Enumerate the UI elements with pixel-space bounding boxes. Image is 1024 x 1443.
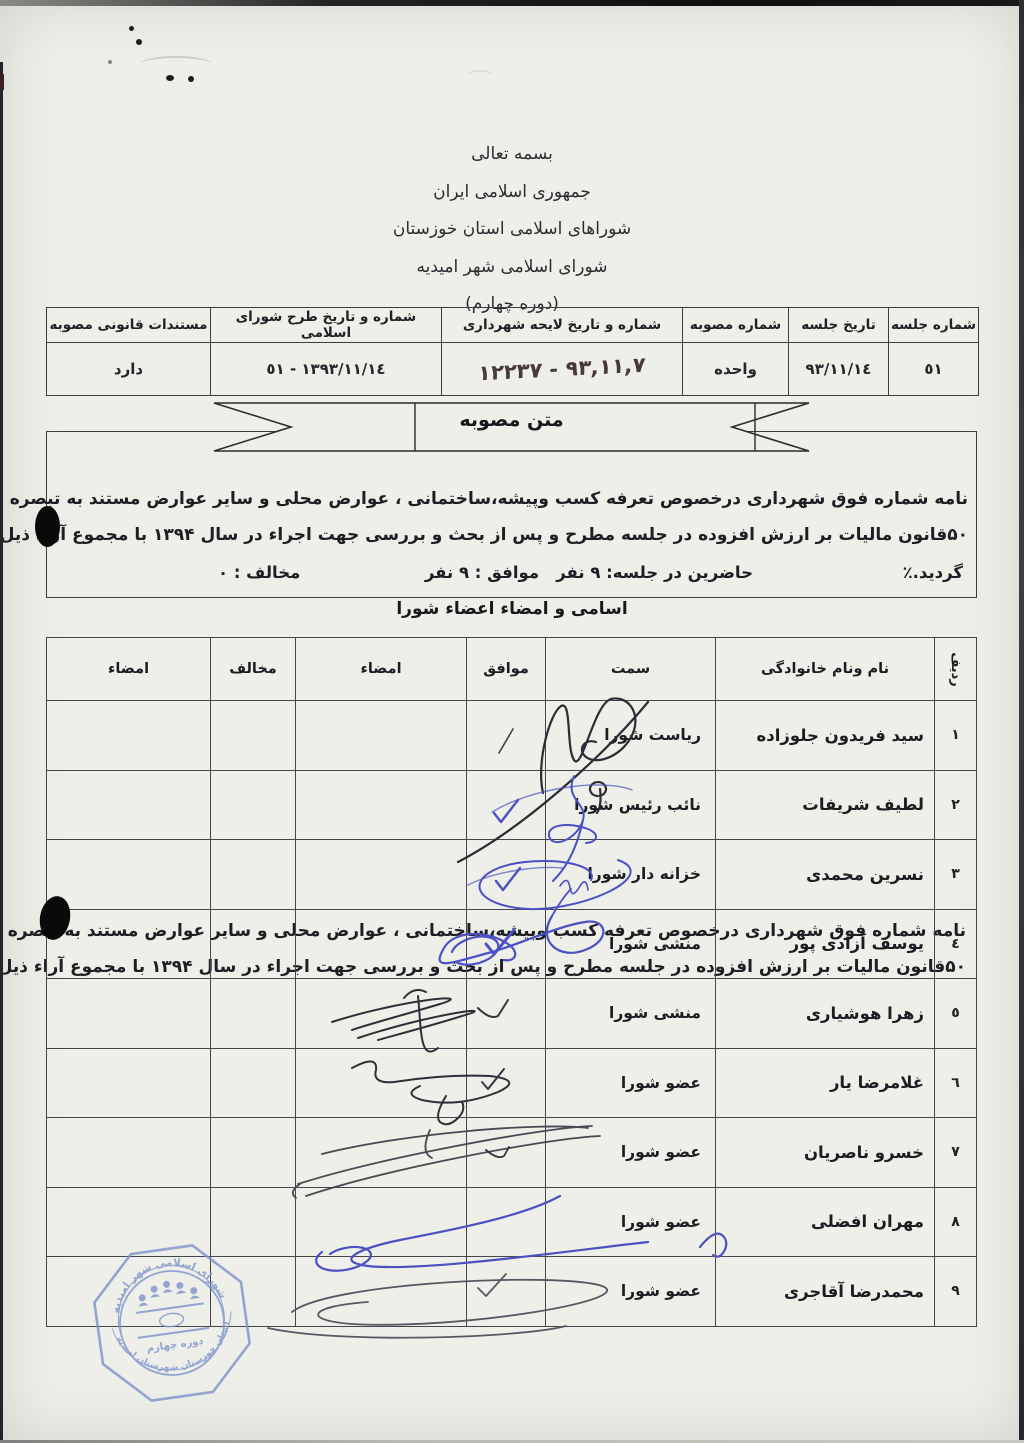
- scan-edge-top: [0, 0, 1024, 6]
- oppose-cell: [211, 1118, 296, 1188]
- member-row-6: ٦ غلامرضا یار عضو شورا: [47, 1048, 977, 1118]
- ink-speck: [166, 75, 174, 81]
- signature2-cell: [47, 770, 211, 840]
- signature-cell: [296, 1118, 467, 1188]
- value-session-no: ٥١: [889, 343, 979, 396]
- agree-cell: [467, 979, 546, 1049]
- header-resolution-no: شماره مصوبه: [683, 308, 789, 343]
- bismillah-line: بسمه تعالی: [0, 136, 1024, 174]
- member-name: زهرا هوشیاری: [716, 979, 935, 1049]
- stamp-emblem: [159, 1312, 185, 1328]
- header-signature-2: امضاء: [47, 638, 211, 701]
- city-council-line: شورای اسلامی شهر امیدیه: [0, 249, 1024, 287]
- member-name: غلامرضا یار: [716, 1048, 935, 1118]
- hole-punch-mark-partial: [35, 506, 60, 547]
- member-name: مهران افضلی: [716, 1187, 935, 1257]
- member-name: محمدرضا آقاجری: [716, 1257, 935, 1327]
- signature2-cell: [47, 701, 211, 771]
- ink-speck: [188, 76, 194, 82]
- row-no: ٥: [935, 979, 977, 1049]
- member-position: خزانه دار شورا: [546, 840, 716, 910]
- agree-cell: [467, 701, 546, 771]
- resolution-passed-word: گردید.٪: [903, 563, 963, 582]
- agree-cell: [467, 1187, 546, 1257]
- pencil-smudge: [468, 70, 492, 78]
- row-no: ٧: [935, 1118, 977, 1188]
- province-councils-line: شوراهای اسلامی استان خوزستان: [0, 211, 1024, 249]
- member-name: لطیف شریفات: [716, 770, 935, 840]
- row-no: ١: [935, 701, 977, 771]
- stamp-people-figures: [135, 1277, 199, 1307]
- member-position: منشی شورا: [546, 909, 716, 979]
- meta-value-row: ٥١ ٩٣/١١/١٤ واحده ٩٣,١١,٧ - ١٢٢٣٧ ١٣٩٣/١…: [47, 343, 979, 396]
- member-position: عضو شورا: [546, 1118, 716, 1188]
- scan-edge-left: [0, 62, 3, 1443]
- meta-header-row: شماره جلسه تاریخ جلسه شماره مصوبه شماره …: [47, 308, 979, 343]
- row-no: ٨: [935, 1187, 977, 1257]
- row-no: ٤: [935, 909, 977, 979]
- signature2-cell: [47, 840, 211, 910]
- pencil-smudge: [140, 56, 212, 72]
- signature-cell: [296, 909, 467, 979]
- member-position: ریاست شورا: [546, 701, 716, 771]
- value-legal-docs: دارد: [47, 343, 211, 396]
- member-row-5: ٥ زهرا هوشیاری منشی شورا: [47, 979, 977, 1049]
- signature-cell: [296, 770, 467, 840]
- value-session-date: ٩٣/١١/١٤: [789, 343, 889, 396]
- council-stamp: شورای اسلامی شهر امیدیه استان خوزستان شه…: [86, 1238, 258, 1408]
- header-municipality-bill: شماره و تاریخ لایحه شهرداری: [442, 308, 683, 343]
- scan-edge-mark: [0, 74, 4, 90]
- oppose-cell: [211, 770, 296, 840]
- header-oppose: مخالف: [211, 638, 296, 701]
- header-signature: امضاء: [296, 638, 467, 701]
- signature2-cell: [47, 909, 211, 979]
- agree-cell: [467, 1257, 546, 1327]
- row-no: ٢: [935, 770, 977, 840]
- member-position: عضو شورا: [546, 1048, 716, 1118]
- value-municipality-bill: ٩٣,١١,٧ - ١٢٢٣٧: [442, 343, 683, 396]
- member-position: عضو شورا: [546, 1187, 716, 1257]
- resolution-meta-table: شماره جلسه تاریخ جلسه شماره مصوبه شماره …: [46, 307, 979, 396]
- oppose-cell: [211, 701, 296, 771]
- oppose-cell: [211, 909, 296, 979]
- member-row-7: ٧ خسرو ناصریان عضو شورا: [47, 1118, 977, 1188]
- signature-cell: [296, 979, 467, 1049]
- member-row-4: ٤ یوسف آزادی پور منشی شورا: [47, 909, 977, 979]
- agree-cell: [467, 770, 546, 840]
- ink-speck: [108, 60, 112, 64]
- member-name: نسرین محمدی: [716, 840, 935, 910]
- member-row-1: ١ سید فریدون جلوزاده ریاست شورا: [47, 701, 977, 771]
- ink-speck: [129, 26, 134, 31]
- member-position: عضو شورا: [546, 1257, 716, 1327]
- member-name: خسرو ناصریان: [716, 1118, 935, 1188]
- header-session-date: تاریخ جلسه: [789, 308, 889, 343]
- agree-cell: [467, 1118, 546, 1188]
- oppose-cell: [211, 1048, 296, 1118]
- member-position: نائب رئیس شورا: [546, 770, 716, 840]
- ink-speck: [136, 39, 142, 45]
- oppose-count: مخالف : ۰: [218, 563, 300, 582]
- stamp-center-text: دوره چهارم: [146, 1336, 204, 1355]
- row-no: ٣: [935, 840, 977, 910]
- header-session-no: شماره جلسه: [889, 308, 979, 343]
- members-table: ردیف نام ونام خانوادگی سمت موافق امضاء م…: [46, 637, 977, 1327]
- value-resolution-no: واحده: [683, 343, 789, 396]
- agree-cell: [467, 1048, 546, 1118]
- signature2-cell: [47, 1118, 211, 1188]
- header-council-plan: شماره و تاریخ طرح شورای اسلامی: [211, 308, 442, 343]
- signature-cell: [296, 840, 467, 910]
- members-header-row: ردیف نام ونام خانوادگی سمت موافق امضاء م…: [47, 638, 977, 701]
- oppose-cell: [211, 840, 296, 910]
- signature2-cell: [47, 1048, 211, 1118]
- handwritten-bill-number: ٩٣,١١,٧ - ١٢٢٣٧: [478, 353, 647, 386]
- member-position: منشی شورا: [546, 979, 716, 1049]
- header-agree: موافق: [467, 638, 546, 701]
- member-row-3: ٣ نسرین محمدی خزانه دار شورا: [47, 840, 977, 910]
- header-name: نام ونام خانوادگی: [716, 638, 935, 701]
- header-position: سمت: [546, 638, 716, 701]
- attendees-count: حاضرین در جلسه: ۹ نفر موافق : ۹ نفر: [425, 563, 753, 582]
- member-name: یوسف آزادی پور: [716, 909, 935, 979]
- row-no: ٩: [935, 1257, 977, 1327]
- signature-cell: [296, 1187, 467, 1257]
- letterhead: بسمه تعالی جمهوری اسلامی ایران شوراهای ا…: [0, 136, 1024, 324]
- signature2-cell: [47, 979, 211, 1049]
- resolution-line-2: ۵۰قانون مالیات بر ارزش افزوده در جلسه مط…: [58, 525, 968, 545]
- scanned-council-resolution-page: { "letterhead": { "line1": "بسمه تعالی",…: [0, 0, 1024, 1443]
- resolution-line-1: نامه شماره فوق شهرداری درخصوص تعرفه کسب …: [58, 489, 968, 509]
- row-no: ٦: [935, 1048, 977, 1118]
- member-name: سید فریدون جلوزاده: [716, 701, 935, 771]
- oppose-cell: [211, 979, 296, 1049]
- signature-cell: [296, 701, 467, 771]
- agree-cell: [467, 840, 546, 910]
- header-legal-docs: مستندات قانونی مصوبه: [47, 308, 211, 343]
- agree-cell: [467, 909, 546, 979]
- scan-edge-right: [1019, 0, 1024, 1443]
- value-council-plan: ١٣٩٣/١١/١٤ - ٥١: [211, 343, 442, 396]
- signature-cell: [296, 1257, 467, 1327]
- resolution-line-3: گردید.٪ حاضرین در جلسه: ۹ نفر موافق : ۹ …: [46, 563, 975, 589]
- ribbon-title: متن مصوبه: [211, 409, 812, 431]
- signature-cell: [296, 1048, 467, 1118]
- header-row-no: ردیف: [935, 638, 977, 701]
- members-table-title: اسامی و امضاء اعضاء شورا: [0, 599, 1024, 619]
- country-line: جمهوری اسلامی ایران: [0, 174, 1024, 212]
- member-row-2: ٢ لطیف شریفات نائب رئیس شورا: [47, 770, 977, 840]
